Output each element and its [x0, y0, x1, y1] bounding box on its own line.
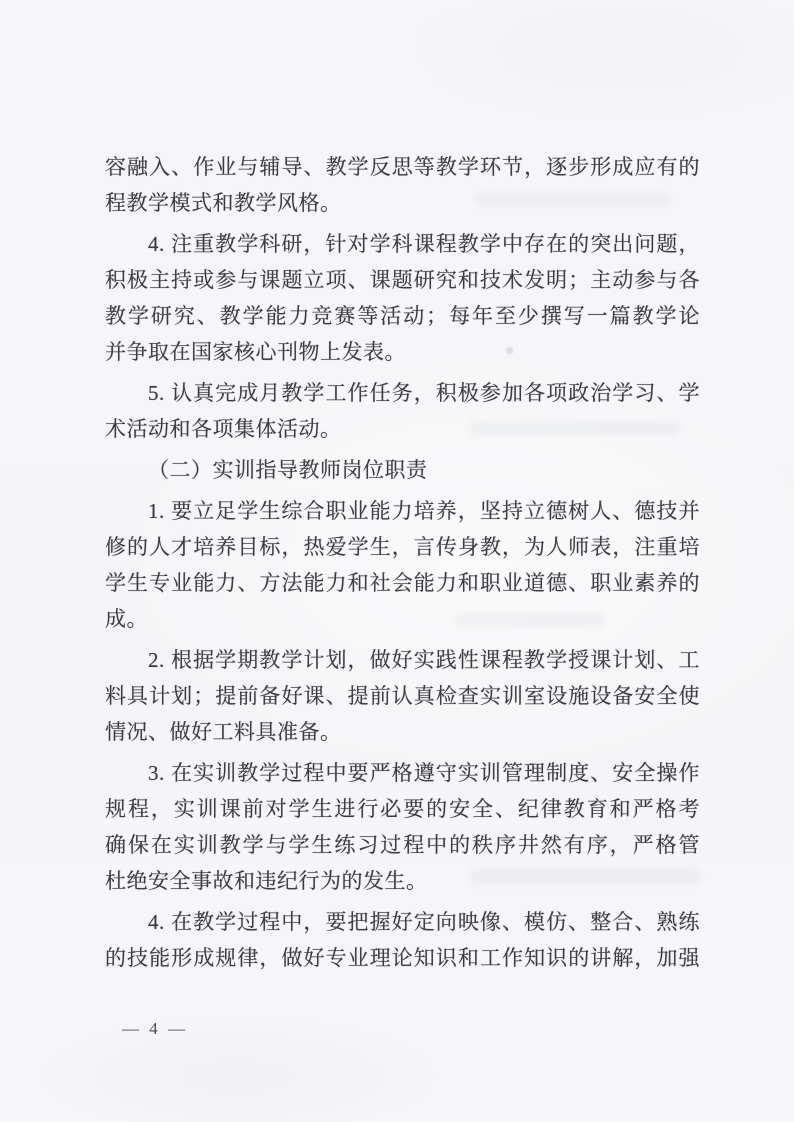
- scanned-page: 容融入、作业与辅导、教学反思等教学环节，逐步形成应有的课 程教学模式和教学风格。…: [0, 0, 794, 1122]
- paragraph: 1. 要立足学生综合职业能力培养，坚持立德树人、德技并 修的人才培养目标，热爱学…: [105, 493, 700, 637]
- text-line: 积极主持或参与课题立项、课题研究和技术发明；主动参与各项: [105, 262, 700, 298]
- paragraph: 4. 在教学过程中，要把握好定向映像、模仿、整合、熟练 的技能形成规律，做好专业…: [105, 904, 700, 976]
- text-line: 3. 在实训教学过程中要严格遵守实训管理制度、安全操作: [105, 755, 700, 791]
- text-line: 修的人才培养目标，热爱学生，言传身教，为人师表，注重培养: [105, 529, 700, 565]
- scan-speck-artifact: [506, 347, 513, 354]
- document-body: 容融入、作业与辅导、教学反思等教学环节，逐步形成应有的课 程教学模式和教学风格。…: [105, 149, 700, 981]
- text-line: 1. 要立足学生综合职业能力培养，坚持立德树人、德技并: [105, 493, 700, 529]
- scan-bleedthrough-artifact: [470, 421, 680, 436]
- paragraph: 4. 注重教学科研，针对学科课程教学中存在的突出问题， 积极主持或参与课题立项、…: [105, 226, 700, 370]
- text-line: 并争取在国家核心刊物上发表。: [105, 334, 700, 370]
- paragraph: 2. 根据学期教学计划，做好实践性课程教学授课计划、工 料具计划；提前备好课、提…: [105, 642, 700, 750]
- text-line: 4. 在教学过程中，要把握好定向映像、模仿、整合、熟练: [105, 904, 700, 940]
- text-line: 教学研究、教学能力竞赛等活动；每年至少撰写一篇教学论文，: [105, 298, 700, 334]
- text-line: 成。: [105, 601, 700, 637]
- text-line: 情况、做好工料具准备。: [105, 714, 700, 750]
- paragraph: 容融入、作业与辅导、教学反思等教学环节，逐步形成应有的课 程教学模式和教学风格。: [105, 149, 700, 221]
- text-line: 容融入、作业与辅导、教学反思等教学环节，逐步形成应有的课: [105, 149, 700, 185]
- text-line: 2. 根据学期教学计划，做好实践性课程教学授课计划、工: [105, 642, 700, 678]
- text-line: 4. 注重教学科研，针对学科课程教学中存在的突出问题，: [105, 226, 700, 262]
- section-heading-line: （二）实训指导教师岗位职责: [105, 452, 700, 488]
- text-line: 5. 认真完成月教学工作任务，积极参加各项政治学习、学: [105, 375, 700, 411]
- page-number: — 4 —: [122, 1014, 188, 1044]
- scan-bleedthrough-artifact: [470, 869, 700, 884]
- text-line: 确保在实训教学与学生练习过程中的秩序井然有序，严格管理，: [105, 827, 700, 863]
- scan-bleedthrough-artifact: [455, 613, 605, 627]
- paragraph: 5. 认真完成月教学工作任务，积极参加各项政治学习、学 术活动和各项集体活动。: [105, 375, 700, 447]
- text-line: 规程，实训课前对学生进行必要的安全、纪律教育和严格考勤，: [105, 791, 700, 827]
- text-line: 学生专业能力、方法能力和社会能力和职业道德、职业素养的养: [105, 565, 700, 601]
- text-line: 料具计划；提前备好课、提前认真检查实训室设施设备安全使用: [105, 678, 700, 714]
- text-line: 的技能形成规律，做好专业理论知识和工作知识的讲解，加强巡: [105, 940, 700, 976]
- scan-bleedthrough-artifact: [475, 192, 670, 207]
- section-heading: （二）实训指导教师岗位职责: [105, 452, 700, 488]
